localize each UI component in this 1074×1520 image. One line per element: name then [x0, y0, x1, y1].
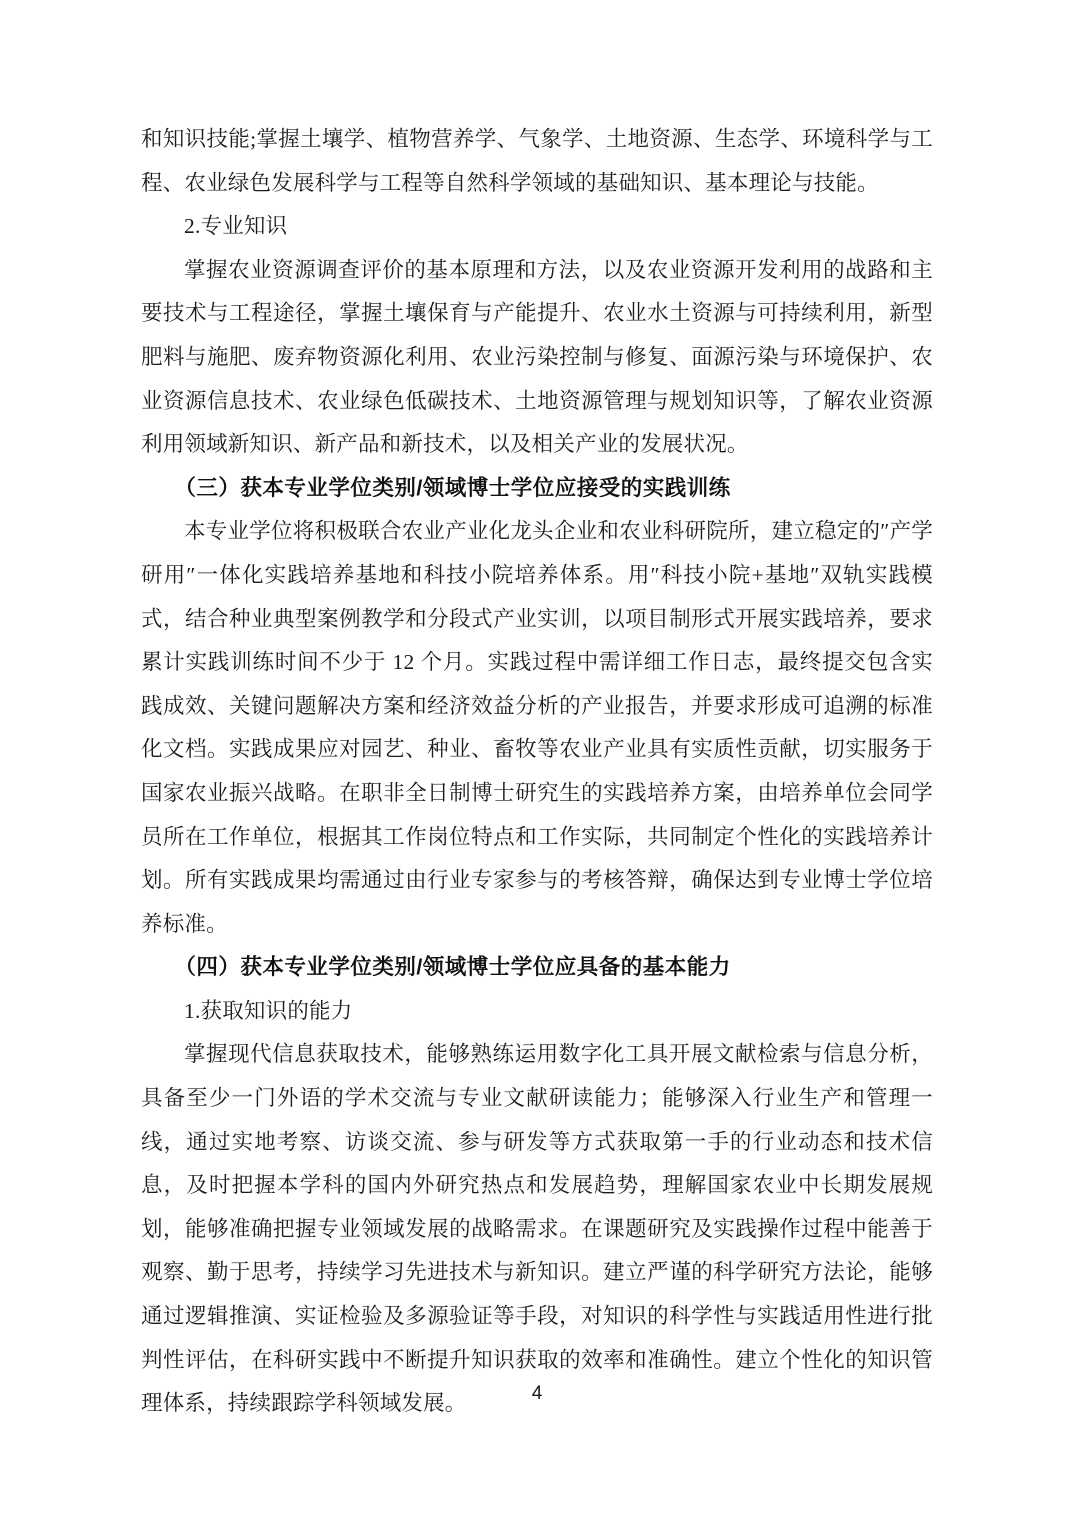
page-number: 4 [0, 1380, 1074, 1408]
page-content: 和知识技能;掌握土壤学、植物营养学、气象学、土地资源、生态学、环境科学与工程、农… [141, 118, 933, 1426]
subheading-knowledge-acquisition: 1.获取知识的能力 [141, 990, 933, 1034]
paragraph-practice-training: 本专业学位将积极联合农业产业化龙头企业和农业科研院所，建立稳定的″产学研用″一体… [141, 510, 933, 946]
section-heading-three: （三）获本专业学位类别/领域博士学位应接受的实践训练 [141, 467, 933, 511]
paragraph-continued: 和知识技能;掌握土壤学、植物营养学、气象学、土地资源、生态学、环境科学与工程、农… [141, 118, 933, 205]
paragraph-professional-knowledge: 掌握农业资源调查评价的基本原理和方法，以及农业资源开发利用的战路和主要技术与工程… [141, 249, 933, 467]
document-page: 和知识技能;掌握土壤学、植物营养学、气象学、土地资源、生态学、环境科学与工程、农… [0, 0, 1074, 1520]
subheading-professional-knowledge: 2.专业知识 [141, 205, 933, 249]
section-heading-four: （四）获本专业学位类别/领域博士学位应具备的基本能力 [141, 946, 933, 990]
paragraph-knowledge-acquisition: 掌握现代信息获取技术，能够熟练运用数字化工具开展文献检索与信息分析，具备至少一门… [141, 1033, 933, 1425]
